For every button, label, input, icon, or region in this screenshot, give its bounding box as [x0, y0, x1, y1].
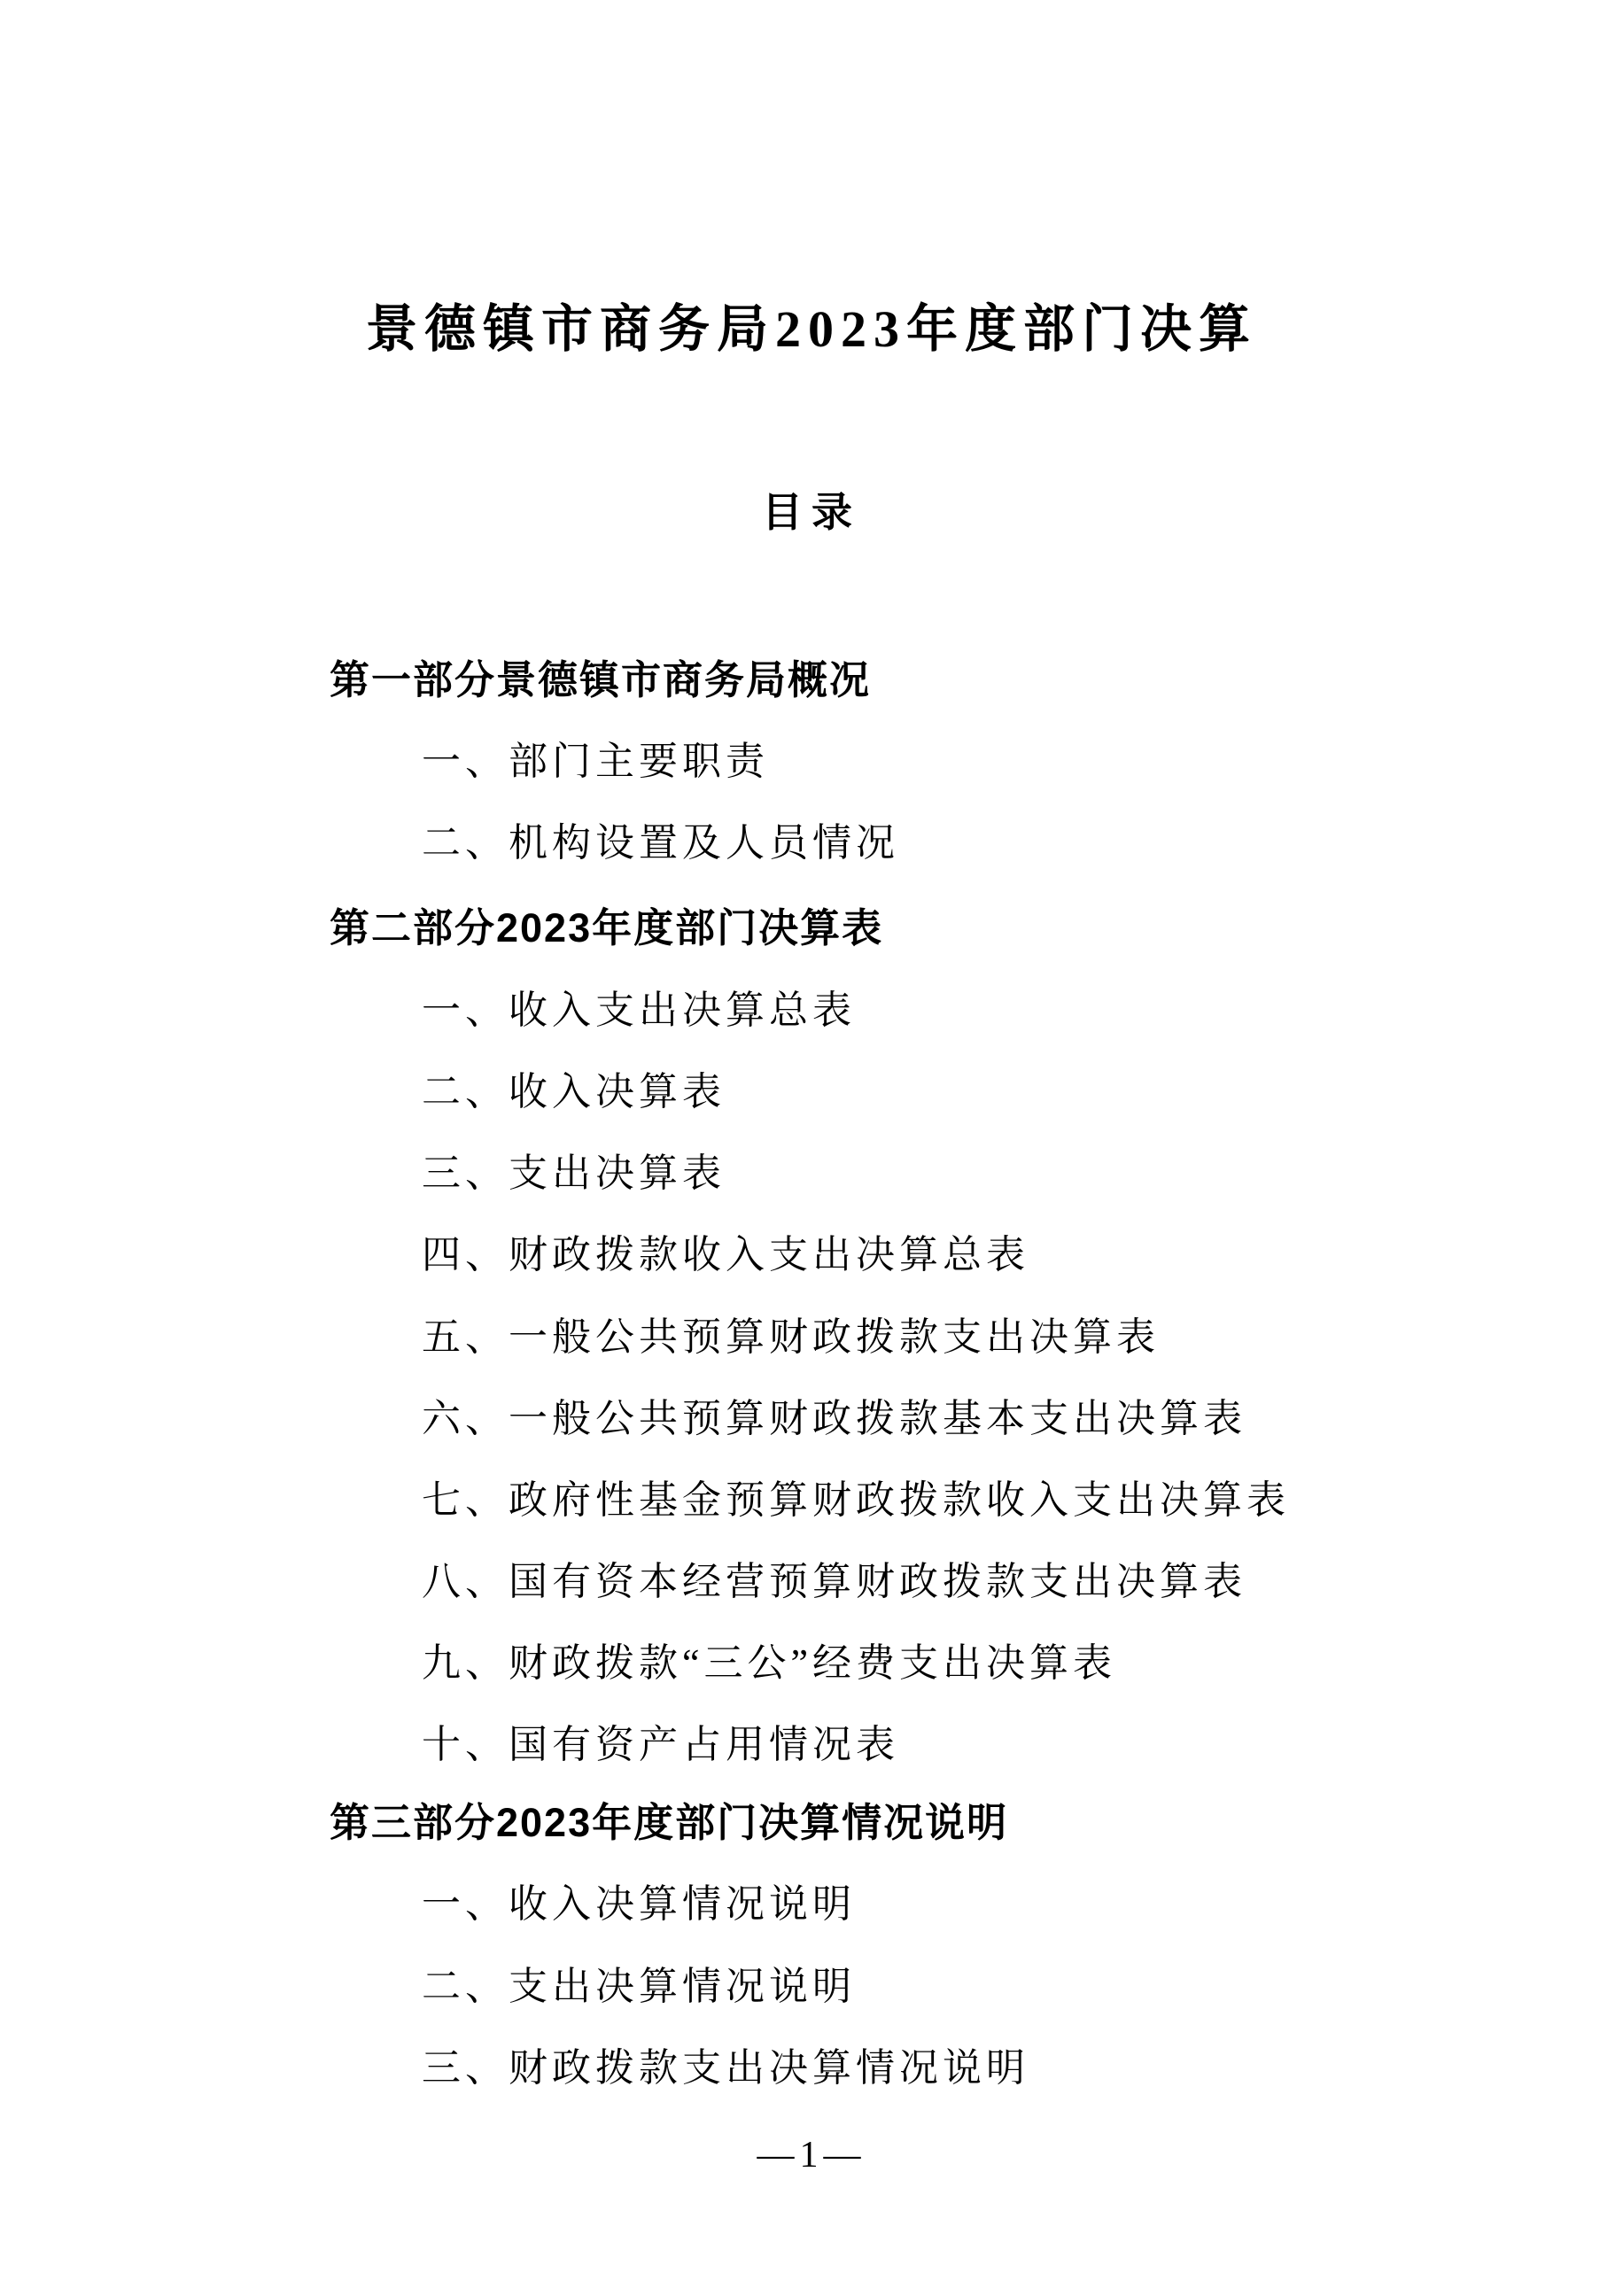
toc-item: 五、一般公共预算财政拨款支出决算表: [422, 1313, 1160, 1362]
document-page: 景德镇市商务局2023年度部门决算 目录 第一部分景德镇市商务局概况 一、部门主…: [0, 0, 1623, 2296]
toc-item: 四、财政拨款收入支出决算总表: [422, 1230, 1029, 1280]
section-2-heading: 第二部分2023年度部门决算表: [330, 904, 883, 953]
toc-item: 三、财政拨款支出决算情况说明: [422, 2044, 1029, 2093]
section-1-heading: 第一部分景德镇市商务局概况: [330, 655, 871, 705]
toc-item: 六、一般公共预算财政拨款基本支出决算表: [422, 1394, 1246, 1444]
toc-item: 三、支出决算表: [422, 1149, 726, 1198]
toc-item: 一、收入决算情况说明: [422, 1880, 856, 1929]
toc-heading: 目录: [0, 487, 1623, 537]
toc-item: 八、国有资本经营预算财政拨款支出决算表: [422, 1557, 1246, 1607]
document-title: 景德镇市商务局2023年度部门决算: [0, 294, 1623, 365]
toc-item: 九、财政拨款“三公”经费支出决算表: [422, 1639, 1116, 1688]
toc-item: 一、收入支出决算总表: [422, 986, 856, 1036]
toc-item: 二、收入决算表: [422, 1067, 726, 1117]
page-number: —1—: [0, 2130, 1623, 2180]
section-3-heading: 第三部分2023年度部门决算情况说明: [330, 1798, 1008, 1848]
toc-item: 十、国有资产占用情况表: [422, 1720, 899, 1770]
toc-item: 一、部门主要职责: [422, 737, 769, 787]
toc-item: 二、支出决算情况说明: [422, 1962, 856, 2012]
toc-item: 二、机构设置及人员情况: [422, 818, 899, 868]
toc-item: 七、政府性基金预算财政拨款收入支出决算表: [422, 1476, 1290, 1525]
